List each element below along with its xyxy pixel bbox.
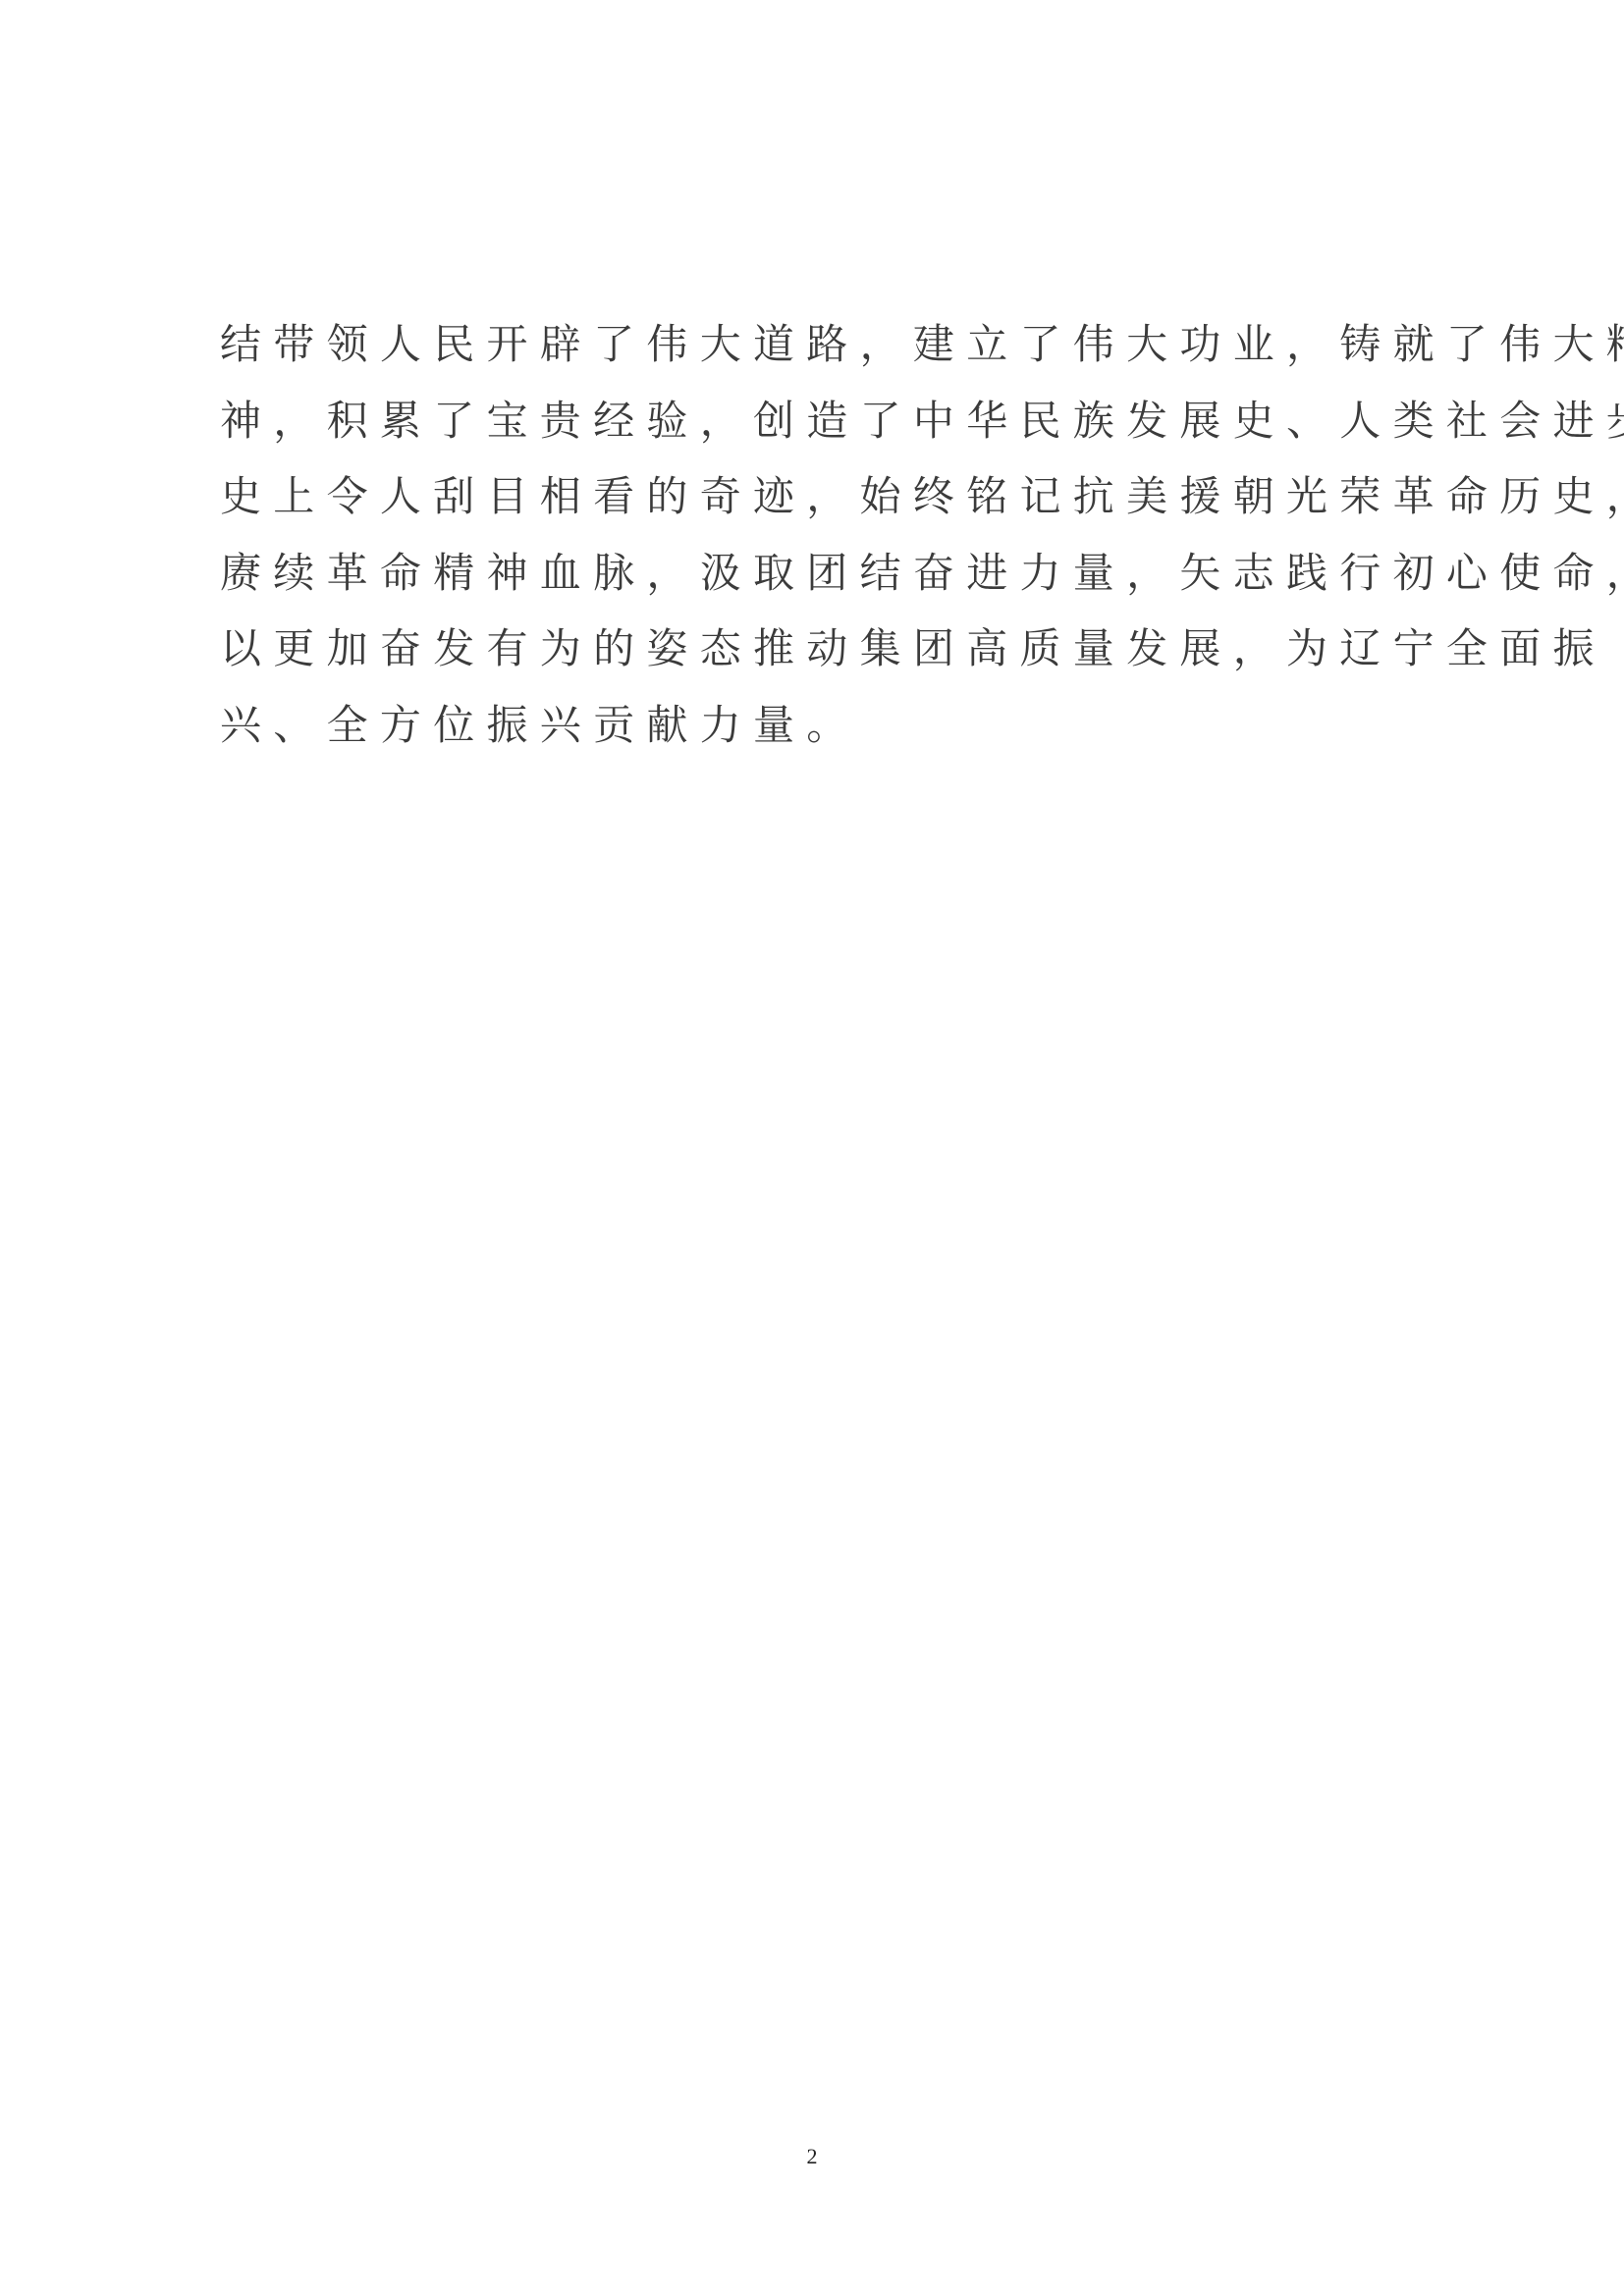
paragraph-line-1: 结带领人民开辟了伟大道路，建立了伟大功业，铸就了伟大精: [220, 306, 1408, 383]
page-number: 2: [0, 2144, 1624, 2169]
paragraph-line-6: 兴、全方位振兴贡献力量。: [220, 687, 1408, 764]
paragraph-line-2: 神，积累了宝贵经验，创造了中华民族发展史、人类社会进步: [220, 383, 1408, 459]
paragraph-line-4: 赓续革命精神血脉，汲取团结奋进力量，矢志践行初心使命，: [220, 535, 1408, 612]
paragraph-line-3: 史上令人刮目相看的奇迹，始终铭记抗美援朝光荣革命历史，: [220, 458, 1408, 535]
body-paragraph: 结带领人民开辟了伟大道路，建立了伟大功业，铸就了伟大精 神，积累了宝贵经验，创造…: [220, 306, 1408, 763]
document-page: 结带领人民开辟了伟大道路，建立了伟大功业，铸就了伟大精 神，积累了宝贵经验，创造…: [0, 0, 1624, 2296]
paragraph-line-5: 以更加奋发有为的姿态推动集团高质量发展，为辽宁全面振: [220, 611, 1408, 687]
